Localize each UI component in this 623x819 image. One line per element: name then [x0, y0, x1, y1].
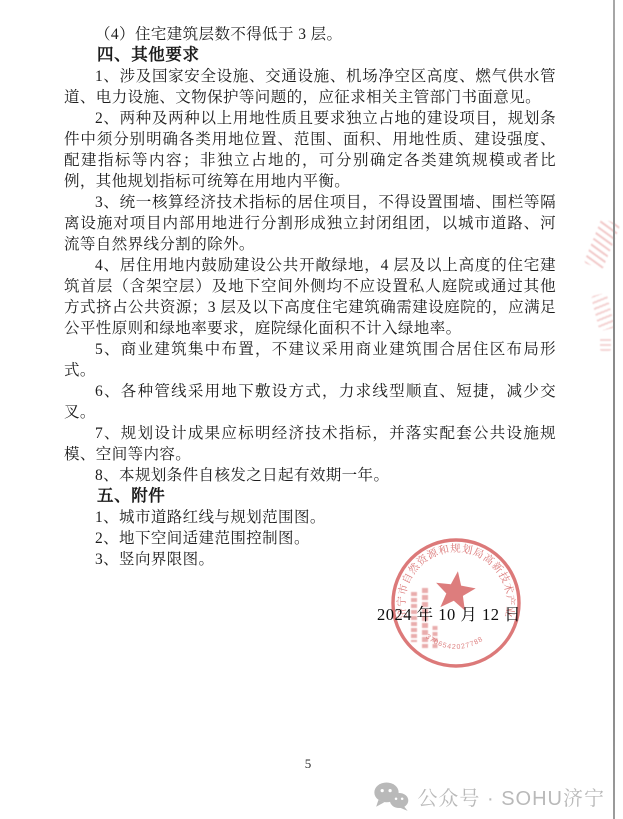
clause-line: （4）住宅建筑层数不得低于 3 层。 [64, 24, 556, 45]
requirement-item: 6、各种管线采用地下敷设方式，力求线型顺直、短捷，减少交叉。 [64, 381, 556, 423]
section-heading-attachments: 五、附件 [64, 486, 556, 507]
page-edge-line [613, 0, 615, 819]
seal-serial-number: 3706542027788 [424, 633, 484, 651]
requirement-item: 4、居住用地内鼓励建设公共开敞绿地，4 层及以上高度的住宅建筑首层（含架空层）及… [64, 255, 556, 339]
stamp-fragment [600, 338, 611, 351]
issue-date: 2024 年 10 月 12 日 [377, 601, 527, 625]
document-page: （4）住宅建筑层数不得低于 3 层。 四、其他要求 1、涉及国家安全设施、交通设… [0, 0, 623, 819]
attachment-item: 1、城市道路红线与规划范围图。 [64, 507, 556, 528]
requirement-item: 5、商业建筑集中布置，不建议采用商业建筑围合居住区布局形式。 [64, 339, 556, 381]
document-body: （4）住宅建筑层数不得低于 3 层。 四、其他要求 1、涉及国家安全设施、交通设… [64, 24, 556, 570]
requirement-item: 2、两种及两种以上用地性质且要求独立占地的建设项目，规划条件中须分别明确各类用地… [64, 108, 556, 192]
requirement-item: 3、统一核算经济技术指标的居住项目，不得设置围墙、围栏等隔离设施对项目内部用地进… [64, 192, 556, 255]
attachment-item: 3、竖向界限图。 [64, 549, 556, 570]
footer-watermark: 公众号 · SOHU济宁 [373, 781, 605, 811]
requirement-item: 8、本规划条件自核发之日起有效期一年。 [64, 465, 556, 486]
page-number: 5 [296, 756, 320, 772]
svg-text:3706542027788: 3706542027788 [424, 633, 484, 651]
section-heading-other-requirements: 四、其他要求 [64, 45, 556, 66]
attachment-item: 2、地下空间适建范围控制图。 [64, 528, 556, 549]
footer-brand-label: 公众号 · SOHU济宁 [417, 782, 605, 811]
wechat-icon [373, 781, 409, 811]
requirement-item: 7、规划设计成果应标明经济技术指标，并落实配套公共设施规模、空间等内容。 [64, 423, 556, 465]
stamp-fragment [591, 293, 615, 332]
requirement-item: 1、涉及国家安全设施、交通设施、机场净空区高度、燃气供水管道、电力设施、文物保护… [64, 66, 556, 108]
